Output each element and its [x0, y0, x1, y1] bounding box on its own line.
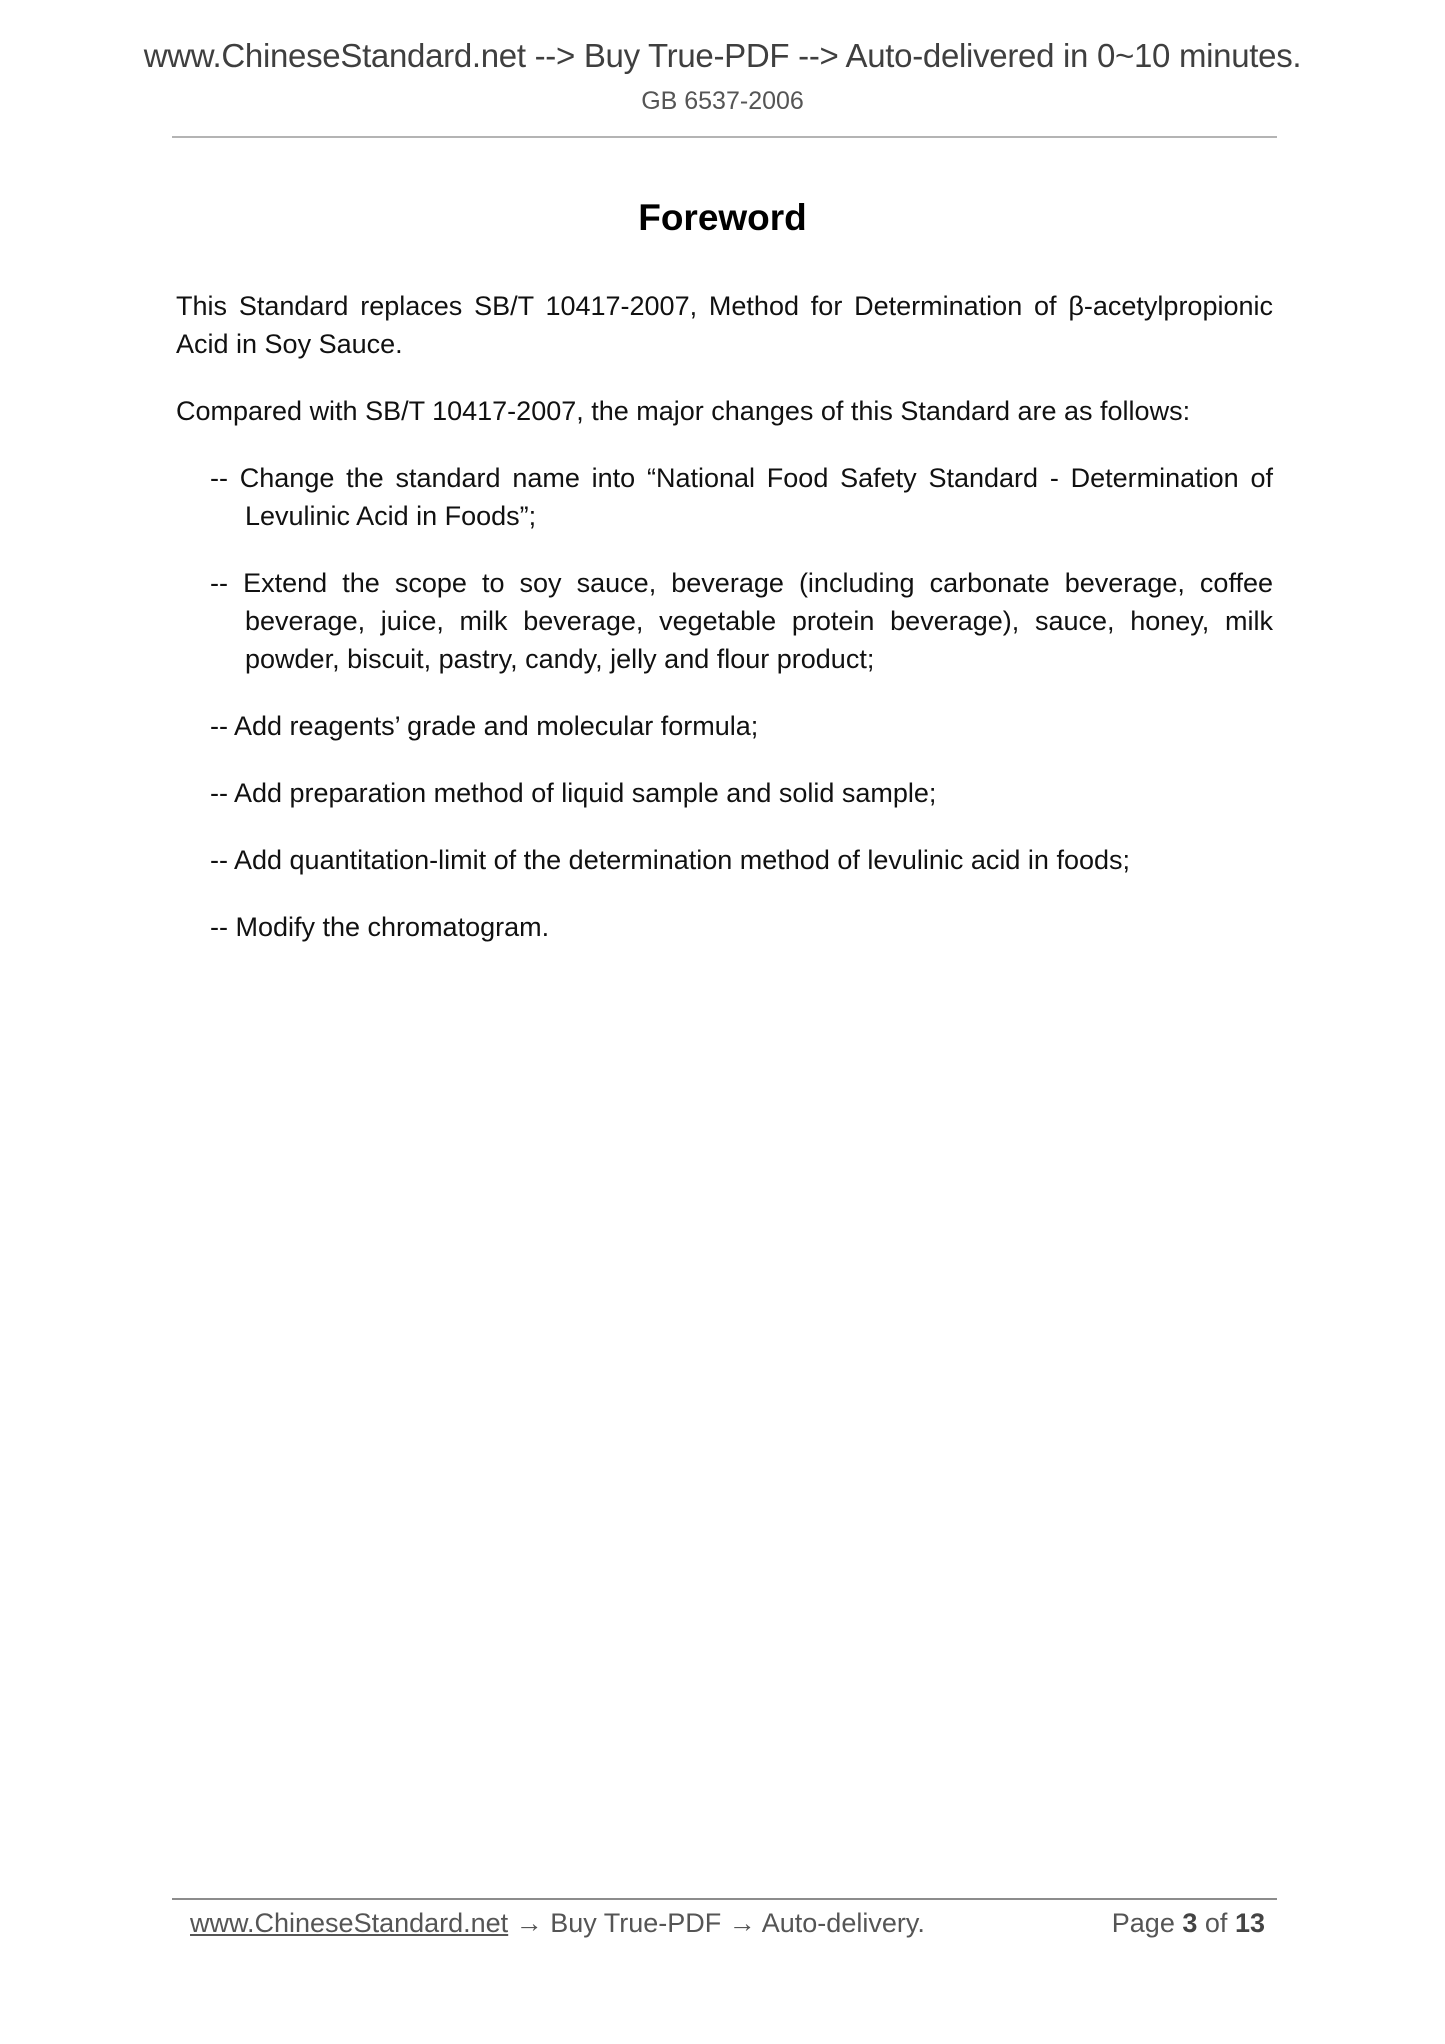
arrow-right-icon: →: [508, 1908, 550, 1938]
promo-banner: www.ChineseStandard.net --> Buy True-PDF…: [0, 36, 1445, 76]
list-item: -- Add preparation method of liquid samp…: [176, 774, 1273, 812]
footer-promo: www.ChineseStandard.net → Buy True-PDF →…: [190, 1905, 925, 1941]
list-item: -- Extend the scope to soy sauce, bevera…: [176, 564, 1273, 678]
foreword-body: This Standard replaces SB/T 10417-2007, …: [176, 287, 1273, 975]
list-item: -- Change the standard name into “Nation…: [176, 459, 1273, 535]
buy-true-pdf-text: Buy True-PDF: [550, 1908, 721, 1938]
document-code: GB 6537-2006: [0, 86, 1445, 116]
page-number: Page 3 of 13: [1112, 1905, 1265, 1941]
of-label: of: [1205, 1908, 1228, 1938]
total-pages: 13: [1235, 1908, 1265, 1938]
list-item: -- Add quantitation-limit of the determi…: [176, 841, 1273, 879]
page-title: Foreword: [0, 196, 1445, 240]
auto-delivery-text: Auto-delivery.: [762, 1908, 925, 1938]
list-item: -- Add reagents’ grade and molecular for…: [176, 707, 1273, 745]
chinesestandard-link[interactable]: www.ChineseStandard.net: [190, 1908, 508, 1938]
list-item: -- Modify the chromatogram.: [176, 908, 1273, 946]
intro-paragraph: This Standard replaces SB/T 10417-2007, …: [176, 287, 1273, 363]
footer-divider: [172, 1898, 1277, 1900]
changes-intro-paragraph: Compared with SB/T 10417-2007, the major…: [176, 392, 1273, 430]
changes-list: -- Change the standard name into “Nation…: [176, 459, 1273, 946]
header-divider: [172, 136, 1277, 138]
page-label: Page: [1112, 1908, 1175, 1938]
current-page: 3: [1182, 1908, 1197, 1938]
arrow-right-icon: →: [721, 1908, 762, 1938]
